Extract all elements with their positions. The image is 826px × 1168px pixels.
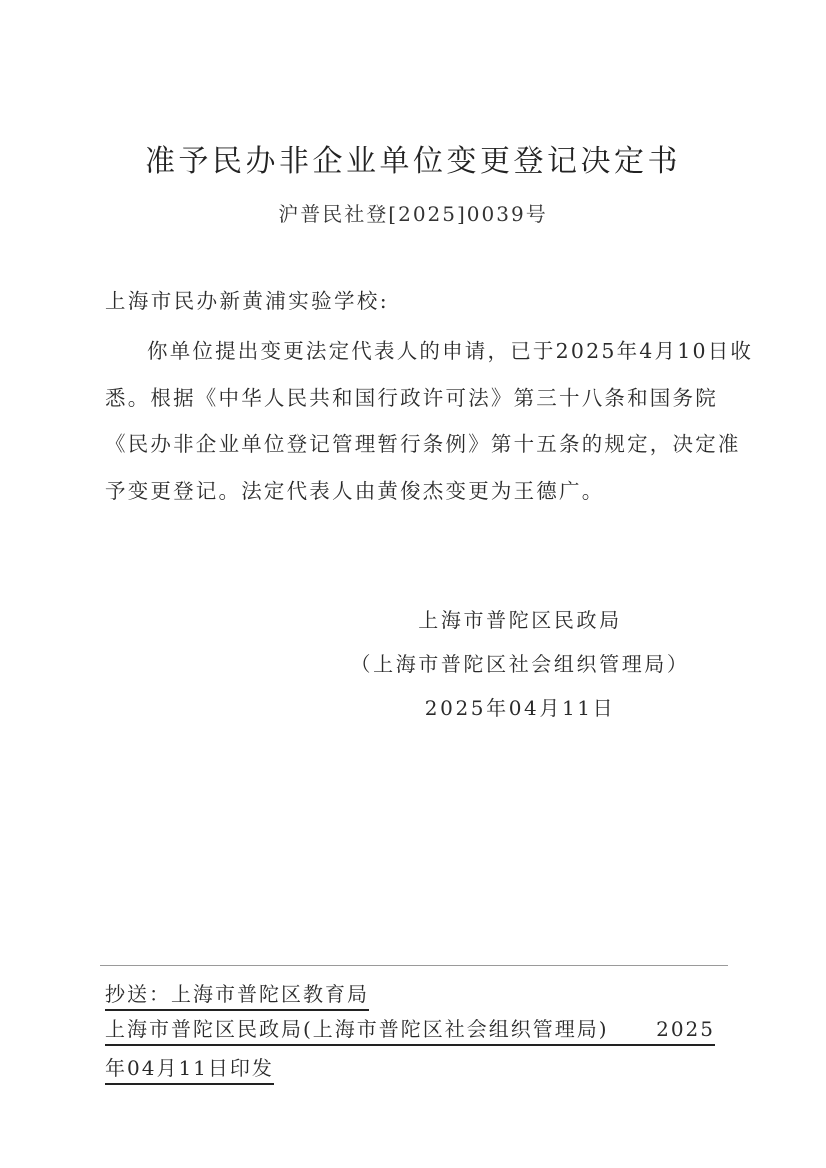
addressee: 上海市民办新黄浦实验学校: — [105, 285, 389, 317]
print-date: 年04月11日印发 — [105, 1055, 274, 1085]
footer-cc-line: 抄送：上海市普陀区教育局 — [105, 972, 720, 1016]
document-title: 准予民办非企业单位变更登记决定书 — [0, 140, 826, 184]
issuer-alt-name: （上海市普陀区社会组织管理局） — [340, 642, 700, 686]
issue-date: 2025年04月11日 — [340, 686, 700, 730]
cc-recipients: 抄送：上海市普陀区教育局 — [105, 981, 369, 1011]
printer-name: 上海市普陀区民政局(上海市普陀区社会组织管理局) — [105, 1016, 609, 1042]
footer-block: 抄送：上海市普陀区教育局 上海市普陀区民政局(上海市普陀区社会组织管理局) 20… — [105, 972, 720, 1090]
footer-printer-line: 上海市普陀区民政局(上海市普陀区社会组织管理局) 2025 — [105, 1016, 720, 1046]
document-page: 准予民办非企业单位变更登记决定书 沪普民社登[2025]0039号 上海市民办新… — [0, 0, 826, 1168]
printer-underline: 上海市普陀区民政局(上海市普陀区社会组织管理局) 2025 — [105, 1016, 715, 1046]
footer-date-line: 年04月11日印发 — [105, 1046, 720, 1090]
document-number: 沪普民社登[2025]0039号 — [0, 198, 826, 230]
body-line: 你单位提出变更法定代表人的申请，已于2025年4月10日收 — [105, 328, 730, 375]
issuer-name: 上海市普陀区民政局 — [340, 598, 700, 642]
body-line: 悉。根据《中华人民共和国行政许可法》第三十八条和国务院 — [105, 375, 730, 422]
decision-body: 你单位提出变更法定代表人的申请，已于2025年4月10日收 悉。根据《中华人民共… — [105, 328, 730, 514]
signature-block: 上海市普陀区民政局 （上海市普陀区社会组织管理局） 2025年04月11日 — [340, 598, 700, 730]
body-line: 《民办非企业单位登记管理暂行条例》第十五条的规定，决定准 — [105, 421, 730, 468]
footer-separator — [100, 965, 728, 966]
print-year: 2025 — [656, 1016, 715, 1042]
body-line: 予变更登记。法定代表人由黄俊杰变更为王德广。 — [105, 468, 730, 515]
